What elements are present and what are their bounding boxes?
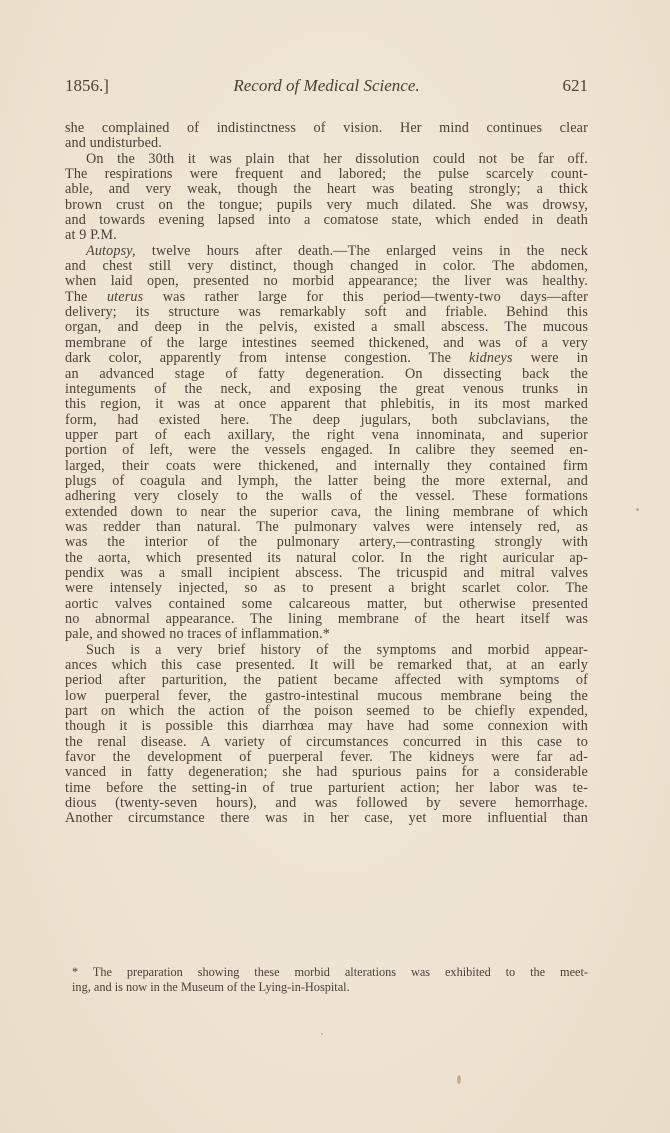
paper-speck <box>636 508 639 511</box>
text-line: she complained of indistinctness of visi… <box>65 121 588 136</box>
text-line: and towards evening lapsed into a comato… <box>65 213 588 228</box>
text-line: was redder than natural. The pulmonary v… <box>65 520 588 535</box>
text-line: vanced in fatty degeneration; she had sp… <box>65 765 588 780</box>
page-number: 621 <box>563 76 589 96</box>
text-line: when laid open, presented no morbid appe… <box>65 274 588 289</box>
text-line: brown crust on the tongue; pupils very m… <box>65 198 588 213</box>
text-line: the aorta, which presented its natural c… <box>65 551 588 566</box>
text-line: pendix was a small incipient abscess. Th… <box>65 566 588 581</box>
text-line-kidneys: dark color, apparently from intense cong… <box>65 351 588 366</box>
text-line: part on which the action of the poison s… <box>65 704 588 719</box>
text-line-uterus: The uterus was rather large for this per… <box>65 290 588 305</box>
paper-speck <box>321 1033 323 1035</box>
text-line: The respirations were frequent and labor… <box>65 167 588 182</box>
text-line: was the interior of the pulmonary artery… <box>65 535 588 550</box>
text-line: organ, and deep in the pelvis, existed a… <box>65 320 588 335</box>
text-line: though it is possible this diarrhœa may … <box>65 719 588 734</box>
text-line: this region, it was at once apparent tha… <box>65 397 588 412</box>
text-line: favor the development of puerperal fever… <box>65 750 588 765</box>
text-line: ances which this case presented. It will… <box>65 658 588 673</box>
text-line: were intensely injected, so as to presen… <box>65 581 588 596</box>
text-line: and undisturbed. <box>65 136 588 151</box>
text-line: dious (twenty-seven hours), and was foll… <box>65 796 588 811</box>
running-head: 1856.] Record of Medical Science. 621 <box>65 76 588 98</box>
text-line: delivery; its structure was remarkably s… <box>65 305 588 320</box>
text-line: membrane of the large intestines seemed … <box>65 336 588 351</box>
text-fragment: The <box>65 289 88 305</box>
text-line: at 9 P.M. <box>65 228 588 243</box>
text-line: larged, their coats were thickened, and … <box>65 459 588 474</box>
text-line: integuments of the neck, and exposing th… <box>65 382 588 397</box>
text-fragment: twelve hours after death.—The enlarged v… <box>152 243 588 259</box>
text-line: able, and very weak, though the heart wa… <box>65 182 588 197</box>
text-line: plugs of coagula and lymph, the latter b… <box>65 474 588 489</box>
paper-speck <box>457 1075 461 1084</box>
italic-autopsy: Autopsy, <box>86 243 136 259</box>
text-line: Another circumstance there was in her ca… <box>65 811 588 826</box>
text-line: time before the setting-in of true partu… <box>65 781 588 796</box>
text-line: extended down to near the superior cava,… <box>65 505 588 520</box>
body-text: she complained of indistinctness of visi… <box>65 121 588 827</box>
italic-kidneys: kidneys <box>469 350 513 366</box>
footnote-line: * The preparation showing these morbid a… <box>72 965 588 980</box>
footnote: * The preparation showing these morbid a… <box>72 965 588 995</box>
text-fragment: were in <box>531 350 588 366</box>
footnote-line: ing, and is now in the Museum of the Lyi… <box>72 980 588 995</box>
text-fragment: was rather large for this period—twenty-… <box>163 289 588 305</box>
text-line: portion of left, were the vessels engage… <box>65 443 588 458</box>
text-line: no abnormal appearance. The lining membr… <box>65 612 588 627</box>
text-line: and chest still very distinct, though ch… <box>65 259 588 274</box>
text-line: On the 30th it was plain that her dissol… <box>65 152 588 167</box>
text-line: low puerperal fever, the gastro-intestin… <box>65 689 588 704</box>
text-line: Such is a very brief history of the symp… <box>65 643 588 658</box>
text-line: adhering very closely to the walls of th… <box>65 489 588 504</box>
text-line: pale, and showed no traces of inflammati… <box>65 627 588 642</box>
text-line: aortic valves contained some calcareous … <box>65 597 588 612</box>
text-line: period after parturition, the patient be… <box>65 673 588 688</box>
italic-uterus: uterus <box>107 289 143 305</box>
text-fragment: dark color, apparently from intense cong… <box>65 350 451 366</box>
text-line-autopsy: Autopsy, twelve hours after death.—The e… <box>65 244 588 259</box>
running-head-title: Record of Medical Science. <box>65 76 588 96</box>
text-line: an advanced stage of fatty degeneration.… <box>65 367 588 382</box>
text-line: the renal disease. A variety of circumst… <box>65 735 588 750</box>
text-line: upper part of each axillary, the right v… <box>65 428 588 443</box>
text-line: form, had existed here. The deep jugular… <box>65 413 588 428</box>
